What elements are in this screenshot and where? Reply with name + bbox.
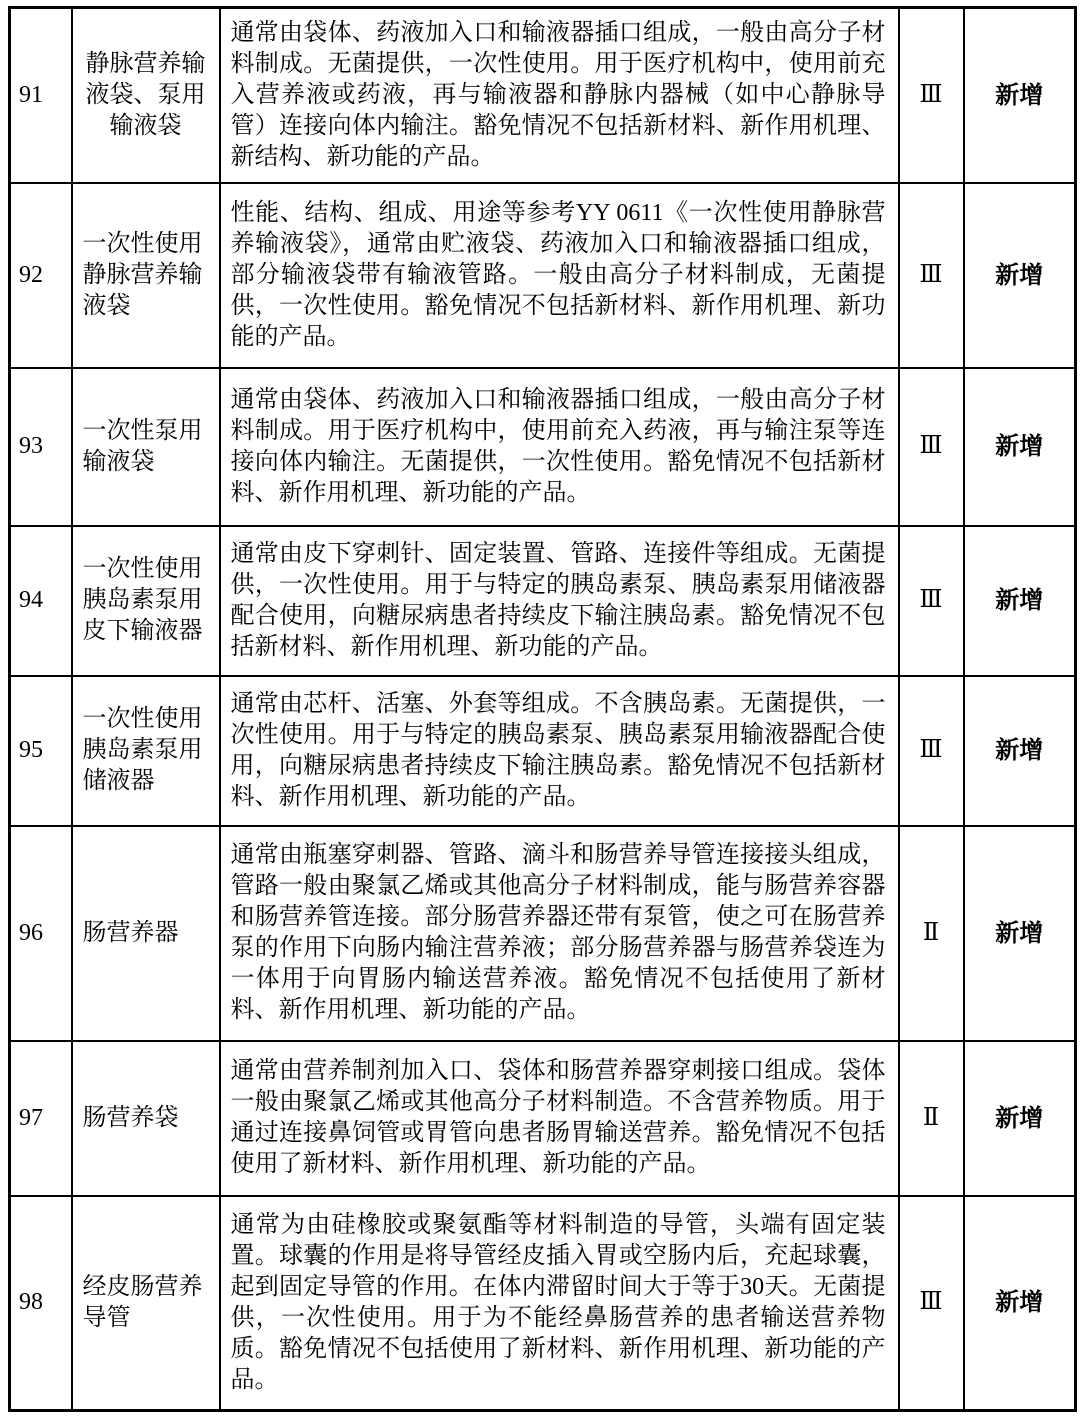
product-description: 通常由袋体、药液加入口和输液器插口组成，一般由高分子材料制成。用于医疗机构中，使… — [220, 368, 899, 526]
product-name: 经皮肠营养导管 — [72, 1196, 220, 1411]
status-badge: 新增 — [964, 676, 1076, 826]
row-number: 95 — [10, 676, 72, 826]
management-class: Ⅲ — [899, 1196, 964, 1411]
status-badge: 新增 — [964, 1041, 1076, 1196]
status-badge: 新增 — [964, 526, 1076, 676]
row-number: 98 — [10, 1196, 72, 1411]
management-class: Ⅲ — [899, 676, 964, 826]
product-description: 性能、结构、组成、用途等参考YY 0611《一次性使用静脉营养输液袋》，通常由贮… — [220, 183, 899, 368]
product-description: 通常由芯杆、活塞、外套等组成。不含胰岛素。无菌提供，一次性使用。用于与特定的胰岛… — [220, 676, 899, 826]
row-number: 97 — [10, 1041, 72, 1196]
table-row: 94 一次性使用胰岛素泵用皮下输液器 通常由皮下穿刺针、固定装置、管路、连接件等… — [10, 526, 1076, 676]
product-name: 静脉营养输液袋、泵用输液袋 — [72, 8, 220, 183]
table-row: 95 一次性使用胰岛素泵用储液器 通常由芯杆、活塞、外套等组成。不含胰岛素。无菌… — [10, 676, 1076, 826]
table-row: 97 肠营养袋 通常由营养制剂加入口、袋体和肠营养器穿刺接口组成。袋体一般由聚氯… — [10, 1041, 1076, 1196]
status-badge: 新增 — [964, 183, 1076, 368]
table-row: 96 肠营养器 通常由瓶塞穿刺器、管路、滴斗和肠营养导管连接接头组成，管路一般由… — [10, 826, 1076, 1041]
product-name: 肠营养器 — [72, 826, 220, 1041]
table-row: 92 一次性使用静脉营养输液袋 性能、结构、组成、用途等参考YY 0611《一次… — [10, 183, 1076, 368]
product-description: 通常由皮下穿刺针、固定装置、管路、连接件等组成。无菌提供，一次性使用。用于与特定… — [220, 526, 899, 676]
management-class: Ⅱ — [899, 826, 964, 1041]
product-name: 一次性使用静脉营养输液袋 — [72, 183, 220, 368]
product-name: 一次性使用胰岛素泵用储液器 — [72, 676, 220, 826]
product-description: 通常由瓶塞穿刺器、管路、滴斗和肠营养导管连接接头组成，管路一般由聚氯乙烯或其他高… — [220, 826, 899, 1041]
product-description: 通常为由硅橡胶或聚氨酯等材料制造的导管，头端有固定装置。球囊的作用是将导管经皮插… — [220, 1196, 899, 1411]
row-number: 96 — [10, 826, 72, 1041]
management-class: Ⅲ — [899, 8, 964, 183]
product-name: 肠营养袋 — [72, 1041, 220, 1196]
row-number: 94 — [10, 526, 72, 676]
table-row: 98 经皮肠营养导管 通常为由硅橡胶或聚氨酯等材料制造的导管，头端有固定装置。球… — [10, 1196, 1076, 1411]
product-name: 一次性使用胰岛素泵用皮下输液器 — [72, 526, 220, 676]
status-badge: 新增 — [964, 826, 1076, 1041]
management-class: Ⅱ — [899, 1041, 964, 1196]
product-name: 一次性泵用输液袋 — [72, 368, 220, 526]
row-number: 92 — [10, 183, 72, 368]
status-badge: 新增 — [964, 8, 1076, 183]
management-class: Ⅲ — [899, 368, 964, 526]
table-row: 93 一次性泵用输液袋 通常由袋体、药液加入口和输液器插口组成，一般由高分子材料… — [10, 368, 1076, 526]
table-row: 91 静脉营养输液袋、泵用输液袋 通常由袋体、药液加入口和输液器插口组成，一般由… — [10, 8, 1076, 183]
row-number: 91 — [10, 8, 72, 183]
row-number: 93 — [10, 368, 72, 526]
management-class: Ⅲ — [899, 183, 964, 368]
device-classification-table: 91 静脉营养输液袋、泵用输液袋 通常由袋体、药液加入口和输液器插口组成，一般由… — [8, 6, 1077, 1412]
management-class: Ⅲ — [899, 526, 964, 676]
status-badge: 新增 — [964, 1196, 1076, 1411]
status-badge: 新增 — [964, 368, 1076, 526]
product-description: 通常由袋体、药液加入口和输液器插口组成，一般由高分子材料制成。无菌提供，一次性使… — [220, 8, 899, 183]
product-description: 通常由营养制剂加入口、袋体和肠营养器穿刺接口组成。袋体一般由聚氯乙烯或其他高分子… — [220, 1041, 899, 1196]
